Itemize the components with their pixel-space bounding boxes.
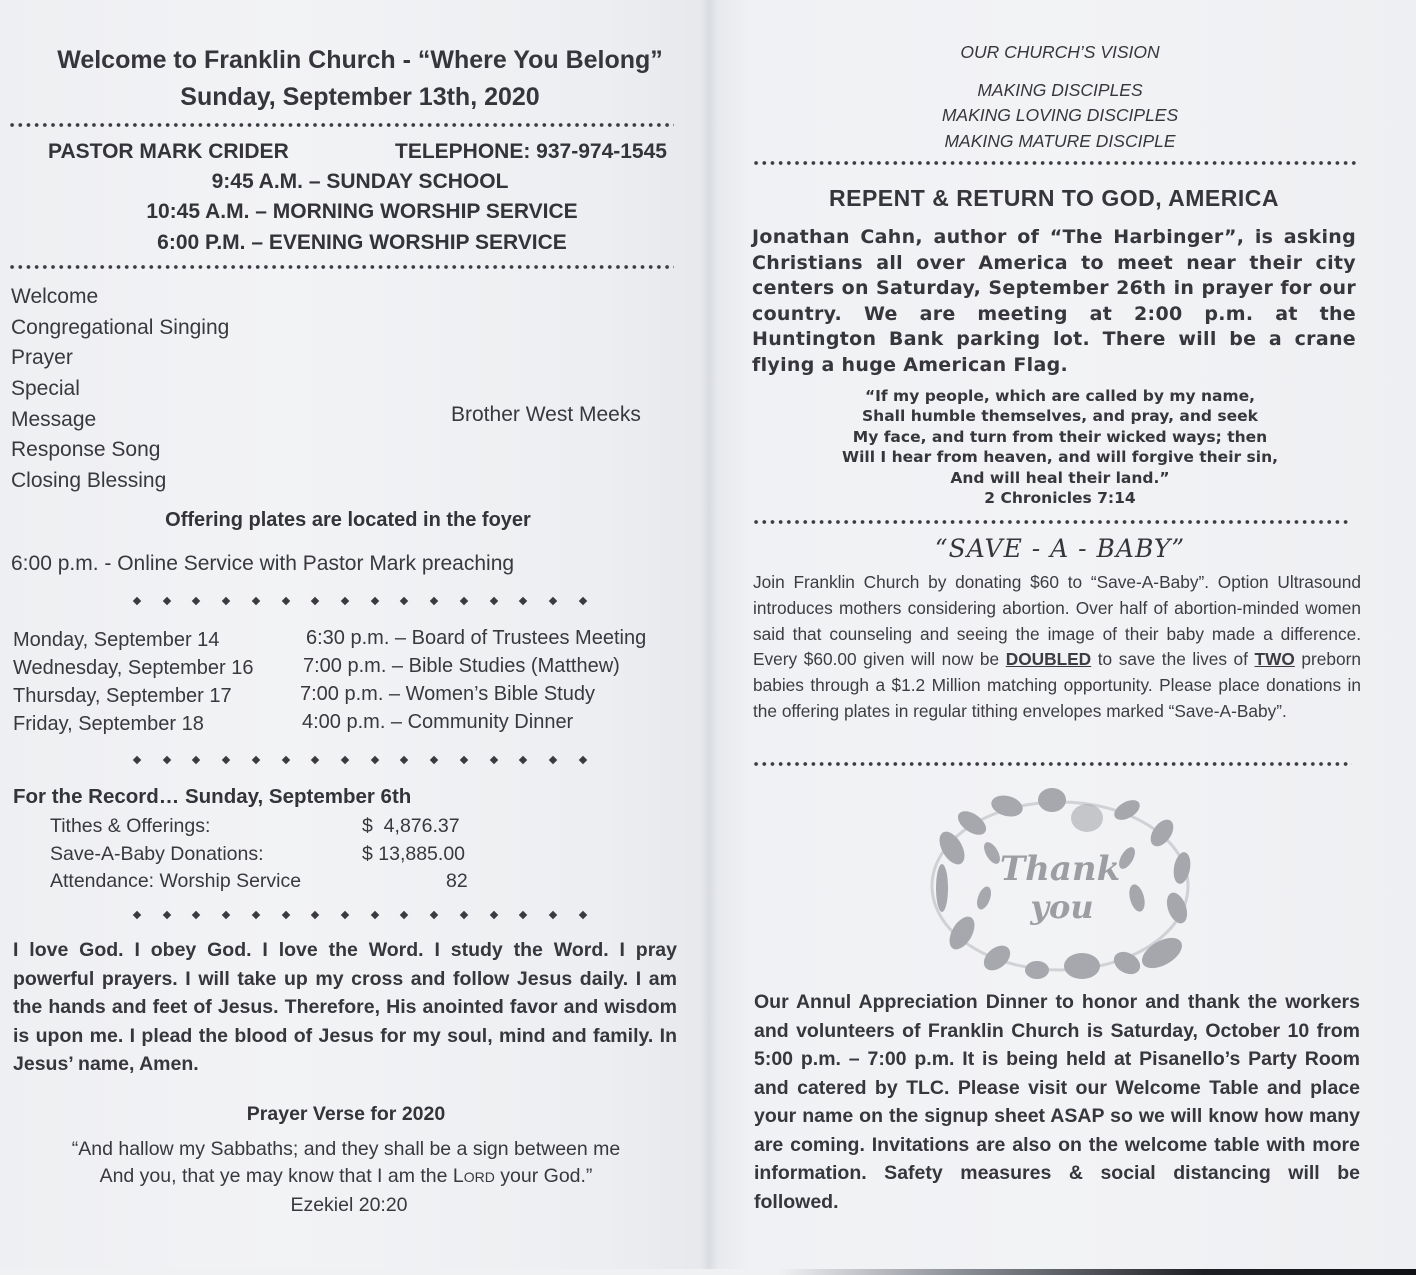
offering-note: Offering plates are located in the foyer (0, 509, 696, 532)
verse-text: your God.” (495, 1165, 593, 1187)
repent-heading: REPENT & RETURN TO GOD, AMERICA (740, 185, 1368, 212)
telephone: TELEPHONE: 937-974-1545 (395, 140, 667, 164)
thank-you-wreath-image: Thank you (912, 788, 1208, 984)
schedule-event: 7:00 p.m. – Women’s Bible Study (300, 683, 595, 706)
prayer-verse-line: “And hallow my Sabbaths; and they shall … (0, 1138, 692, 1161)
prayer-verse-reference: Ezekiel 20:20 (0, 1194, 698, 1217)
save-a-baby-paragraph: Join Franklin Church by donating $60 to … (753, 570, 1361, 725)
divider (134, 910, 586, 920)
schedule-day: Monday, September 14 (13, 629, 219, 652)
divider (752, 760, 1352, 768)
schedule-day: Wednesday, September 16 (13, 657, 254, 680)
creed-paragraph: I love God. I obey God. I love the Word.… (13, 936, 677, 1079)
service-time: 9:45 A.M. – SUNDAY SCHOOL (0, 170, 720, 194)
order-item: Welcome (11, 282, 691, 313)
divider (134, 596, 586, 606)
record-value: $ 13,885.00 (362, 843, 465, 866)
emphasis-two: TWO (1255, 649, 1295, 669)
order-item: Prayer (11, 343, 691, 374)
verse-line: My face, and turn from their wicked ways… (740, 427, 1380, 447)
record-label: Attendance: Worship Service (50, 870, 301, 893)
verse-reference: 2 Chronicles 7:14 (740, 488, 1380, 508)
bulletin-date: Sunday, September 13th, 2020 (0, 83, 720, 112)
record-label: Tithes & Offerings: (50, 815, 210, 838)
online-service: 6:00 p.m. - Online Service with Pastor M… (11, 552, 514, 576)
verse-line: Will I hear from heaven, and will forgiv… (740, 447, 1380, 467)
message-speaker: Brother West Meeks (451, 403, 641, 427)
divider (752, 518, 1350, 526)
vision-line: MAKING MATURE DISCIPLE (740, 131, 1380, 152)
paragraph-text: to save the lives of (1091, 649, 1254, 669)
verse-text: And you, that ye may know that I am the (100, 1165, 453, 1187)
repent-paragraph: Jonathan Cahn, author of “The Harbinger”… (752, 225, 1356, 378)
vision-line: MAKING LOVING DISCIPLES (740, 105, 1380, 126)
divider (8, 121, 674, 129)
schedule-event: 6:30 p.m. – Board of Trustees Meeting (306, 627, 646, 650)
service-time: 6:00 P.M. – EVENING WORSHIP SERVICE (0, 231, 724, 255)
record-value: 82 (446, 870, 468, 893)
schedule-day: Thursday, September 17 (13, 685, 232, 708)
order-item: Congregational Singing (11, 313, 691, 344)
record-value: $ 4,876.37 (362, 815, 460, 838)
emphasis-doubled: DOUBLED (1006, 649, 1091, 669)
verse-line: “If my people, which are called by my na… (740, 386, 1380, 406)
divider (752, 159, 1360, 167)
save-a-baby-heading: “SAVE - A - BABY” (740, 534, 1380, 563)
verse-line: Shall humble themselves, and pray, and s… (740, 406, 1380, 426)
thank-text: Thank (1000, 849, 1120, 889)
leaf-wreath-icon: Thank you (912, 788, 1208, 984)
verse-lord: Lord (453, 1165, 495, 1187)
chronicles-verse: “If my people, which are called by my na… (740, 386, 1380, 508)
schedule-event: 7:00 p.m. – Bible Studies (Matthew) (303, 655, 620, 678)
pastor-name: PASTOR MARK CRIDER (48, 140, 289, 164)
order-item: Response Song (11, 435, 691, 466)
appreciation-dinner-paragraph: Our Annul Appreciation Dinner to honor a… (754, 988, 1360, 1216)
vision-heading: OUR CHURCH’S VISION (740, 42, 1380, 63)
service-time: 10:45 A.M. – MORNING WORSHIP SERVICE (0, 200, 724, 224)
welcome-title: Welcome to Franklin Church - “Where You … (0, 46, 720, 75)
prayer-verse-line: And you, that ye may know that I am the … (0, 1165, 692, 1188)
order-item: Closing Blessing (11, 466, 691, 497)
record-label: Save-A-Baby Donations: (50, 843, 264, 866)
divider (8, 263, 674, 271)
prayer-verse-heading: Prayer Verse for 2020 (0, 1103, 692, 1126)
verse-line: And will heal their land.” (740, 468, 1380, 488)
schedule-day: Friday, September 18 (13, 713, 204, 736)
vision-line: MAKING DISCIPLES (740, 80, 1380, 101)
order-of-service: Welcome Congregational Singing Prayer Sp… (11, 282, 691, 497)
record-heading: For the Record… Sunday, September 6th (13, 785, 411, 809)
scanner-edge (0, 1269, 1416, 1275)
you-text: you (1029, 888, 1093, 926)
divider (134, 755, 586, 765)
order-item: Special (11, 374, 691, 405)
schedule-event: 4:00 p.m. – Community Dinner (302, 711, 573, 734)
